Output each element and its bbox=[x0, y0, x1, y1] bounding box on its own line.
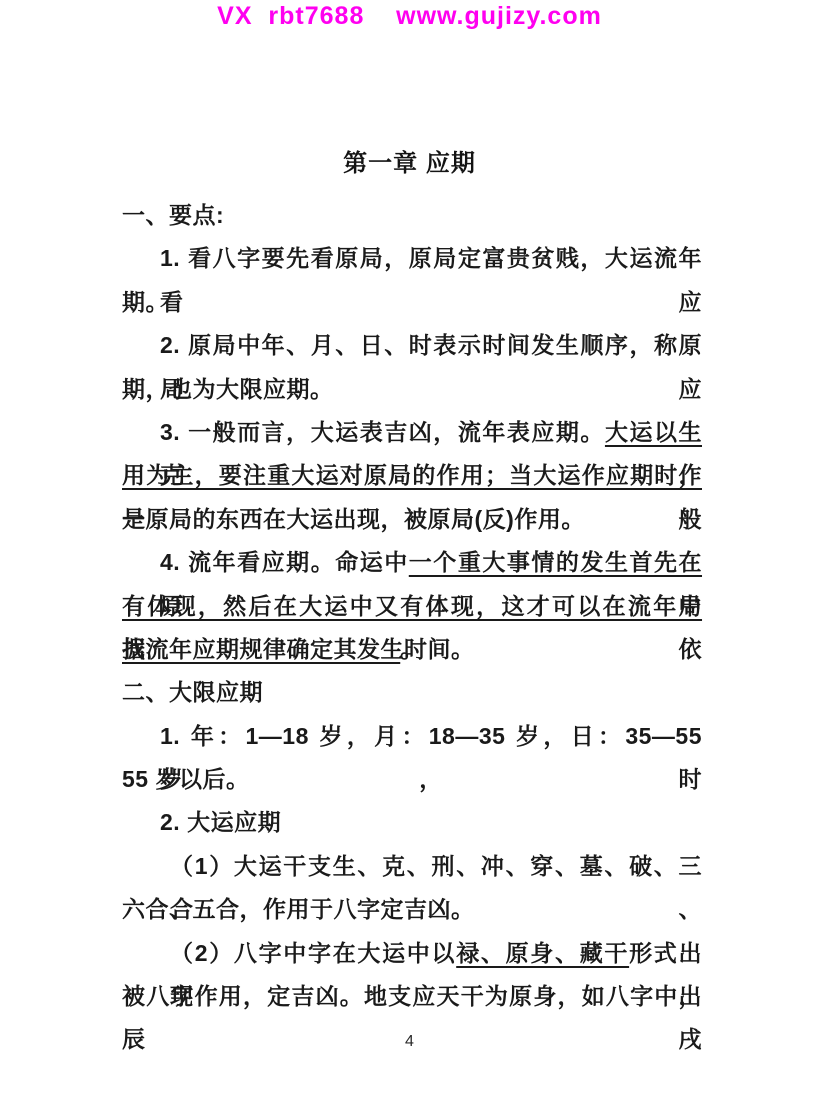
text-line: 4. 流年看应期。命运中一个重大事情的发生首先在原局 bbox=[122, 541, 702, 584]
text-segment: 1. 看八字要先看原局，原局定富贵贫贱，大运流年看应 bbox=[160, 245, 702, 314]
text-line: 2. 原局中年、月、日、时表示时间发生顺序，称原局应 bbox=[122, 324, 702, 367]
page-number: 4 bbox=[0, 1033, 819, 1051]
text-line: 1. 年：1—18 岁，月：18—35 岁，日：35—55 岁，时 bbox=[122, 715, 702, 758]
text-segment: 55 岁以后。 bbox=[122, 766, 249, 792]
document-page: VX rbt7688 www.gujizy.com 第一章 应期 一、要点:1.… bbox=[0, 0, 819, 1109]
text-line: （1）大运干支生、克、刑、冲、穿、墓、破、三合、 bbox=[122, 845, 702, 888]
text-segment: 期，也为大限应期。 bbox=[122, 376, 334, 402]
text-segment: ，然后在 bbox=[198, 593, 299, 619]
text-segment: 据流年应期规律确定其发生时间。 bbox=[122, 636, 475, 662]
underlined-text-segment: 大运中又有体现 bbox=[299, 593, 476, 619]
text-line: （2）八字中字在大运中以禄、原身、藏干形式出现， bbox=[122, 932, 702, 975]
underlined-text-segment: 用为主 bbox=[122, 462, 195, 488]
text-line: 有体现，然后在大运中又有体现，这才可以在流年中找。依 bbox=[122, 585, 702, 628]
underlined-text-segment: 禄、原身、藏干 bbox=[456, 940, 629, 966]
text-segment: 是原局的东西在大运出现，被原局(反)作用。 bbox=[122, 506, 585, 532]
text-segment: ，这才 bbox=[476, 593, 552, 619]
text-segment: 期。 bbox=[122, 289, 169, 315]
text-segment: 2. 大运应期 bbox=[160, 809, 281, 835]
text-line: 被八字作用，定吉凶。地支应天干为原身，如八字中出辰戌 bbox=[122, 975, 702, 1018]
text-segment: 二、大限应期 bbox=[122, 679, 263, 705]
text-line: 3. 一般而言，大运表吉凶，流年表应期。大运以生克作 bbox=[122, 411, 702, 454]
text-line: 2. 大运应期 bbox=[122, 801, 702, 844]
text-line: 1. 看八字要先看原局，原局定富贵贫贱，大运流年看应 bbox=[122, 237, 702, 280]
text-line: 二、大限应期 bbox=[122, 671, 702, 714]
chapter-title: 第一章 应期 bbox=[0, 143, 819, 178]
text-segment: 六合、五合，作用于八字定吉凶。 bbox=[122, 896, 475, 922]
site-watermark: VX rbt7688 www.gujizy.com bbox=[0, 2, 819, 31]
text-segment: 一、要点: bbox=[122, 202, 224, 228]
underlined-text-segment: 有体现 bbox=[122, 593, 198, 619]
text-segment: 3. 一般而言，大运表吉凶，流年表应期。 bbox=[160, 419, 605, 445]
text-segment: 4. 流年看应期。命运中 bbox=[160, 549, 409, 575]
text-line: 一、要点: bbox=[122, 194, 702, 237]
text-line: 用为主，要注重大运对原局的作用；当大运作应期时，一般 bbox=[122, 454, 702, 497]
document-body: 一、要点:1. 看八字要先看原局，原局定富贵贫贱，大运流年看应期。2. 原局中年… bbox=[122, 194, 702, 1018]
text-segment: （2）八字中字在大运中以 bbox=[170, 940, 456, 966]
